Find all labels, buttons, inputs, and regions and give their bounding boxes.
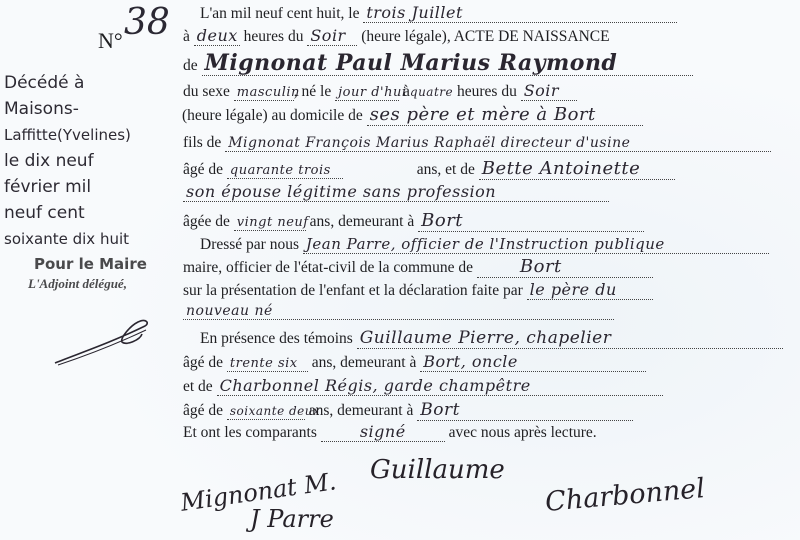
field-witness1-age: trente six	[227, 355, 308, 372]
line-mother-desc: son épouse légitime sans profession	[183, 184, 609, 202]
line-signed: Et ont les comparants signé avec nous ap…	[183, 424, 597, 442]
line-declarant: sur la présentation de l'enfant et la dé…	[183, 282, 653, 300]
mayor-stamp-subtitle: L'Adjoint délégué,	[28, 276, 127, 292]
line-sex-birth: du sexe masculin, né le jour d'hui àquat…	[183, 83, 577, 101]
field-mother: Bette Antoinette	[479, 160, 675, 180]
field-witness2-residence: Bort	[417, 402, 633, 421]
field-date: trois Juillet	[363, 5, 677, 23]
field-father-age: quarante trois	[227, 162, 343, 179]
field-witness1: Guillaume Pierre, chapelier	[357, 330, 783, 349]
line-witness2-age: âgé de soixante deux ans, demeurant à Bo…	[183, 402, 633, 421]
field-declarant-continued: nouveau né	[183, 303, 614, 320]
field-mother-age: vingt neuf	[234, 214, 306, 231]
margin-note-line: le dix neuf	[4, 148, 184, 174]
margin-note-line: neuf cent	[4, 200, 184, 226]
field-father: Mignonat François Marius Raphaël directe…	[225, 135, 771, 152]
line-mother-age: âgée de vingt neuf ans, demeurant à Bort	[183, 212, 644, 232]
field-declarant: le père du	[527, 282, 653, 300]
field-mother-description: son épouse légitime sans profession	[183, 184, 609, 202]
line-hour: à deux heures du Soir (heure légale), AC…	[183, 28, 610, 46]
margin-note-line: février mil	[4, 174, 184, 200]
line-date: L'an mil neuf cent huit, le trois Juille…	[200, 5, 677, 23]
field-domicile: ses père et mère à Bort	[367, 106, 643, 126]
line-witness1-age: âgé de trente six ans, demeurant à Bort,…	[183, 354, 646, 372]
line-commune: maire, officier de l'état-civil de la co…	[183, 258, 653, 278]
field-officer: Jean Parre, officier de l'Instruction pu…	[303, 237, 769, 254]
line-drafted-by: Dressé par nous Jean Parre, officier de …	[200, 236, 769, 254]
margin-note-line: Maisons-	[4, 96, 184, 122]
field-witness1-residence: Bort, oncle	[420, 354, 646, 372]
line-witness1: En présence des témoins Guillaume Pierre…	[200, 330, 783, 349]
signature-witness2: Charbonnel	[544, 473, 706, 518]
field-birth-period: Soir	[521, 83, 577, 101]
field-signed: signé	[321, 424, 445, 442]
line-father: fils de Mignonat François Marius Raphaël…	[183, 134, 771, 152]
paraph-signature-icon	[50, 318, 160, 368]
certificate-number-label: N°	[98, 28, 123, 54]
line-declarant-cont: nouveau né	[183, 302, 614, 320]
field-commune: Bort	[477, 258, 653, 278]
field-child-name: Mignonat Paul Marius Raymond	[202, 52, 693, 76]
signature-mayor: J Parre	[250, 505, 334, 533]
margin-note-line: Laffitte(Yvelines)	[4, 122, 184, 148]
line-witness2: et de Charbonnel Régis, garde champêtre	[183, 378, 663, 396]
margin-note-line: Décédé à	[4, 70, 184, 96]
field-period: Soir	[307, 28, 357, 46]
field-mother-residence: Bort	[418, 212, 644, 232]
certificate-number: 38	[124, 2, 170, 43]
mayor-stamp-title: Pour le Maire	[34, 255, 147, 273]
field-hour: deux	[194, 28, 240, 46]
signature-witness1: Guillaume	[370, 455, 505, 485]
line-domicile: (heure légale) au domicile de ses père e…	[182, 106, 643, 126]
field-witness2-age: soixante deux	[227, 403, 305, 420]
field-sex: masculin	[234, 84, 294, 101]
margin-death-note: Décédé à Maisons- Laffitte(Yvelines) le …	[4, 70, 184, 252]
line-child-name: de Mignonat Paul Marius Raymond	[183, 52, 693, 76]
field-birth-day: jour d'hui	[335, 84, 399, 101]
field-witness2: Charbonnel Régis, garde champêtre	[217, 378, 663, 396]
line-father-age-mother: âgé de quarante trois ans, et de Bette A…	[183, 160, 675, 180]
scanned-certificate-page: N° 38 Décédé à Maisons- Laffitte(Yveline…	[0, 0, 800, 540]
margin-note-line: soixante dix huit	[4, 226, 184, 252]
